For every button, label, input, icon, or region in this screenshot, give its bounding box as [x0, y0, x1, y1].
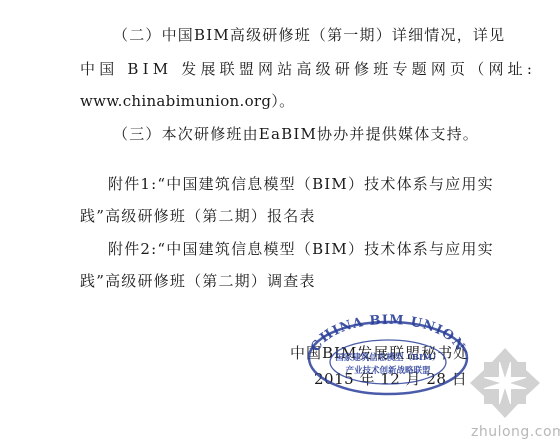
paragraph-2-line-3: www.chinabimunion.org）。: [80, 92, 294, 110]
attachment-1-line-1: 附件1:“中国建筑信息模型（BIM）技术体系与应用实: [108, 175, 494, 193]
paragraph-3: （三）本次研修班由EaBIM协办并提供媒体支持。: [113, 125, 479, 143]
svg-text:国家建筑信息模型（BIM）: 国家建筑信息模型（BIM）: [335, 352, 441, 363]
paragraph-2-line-2: 中国 BIM 发展联盟网站高级研修班专题网页（网址:: [80, 60, 536, 78]
svg-text:CHINA BIM UNION: CHINA BIM UNION: [308, 313, 468, 355]
paragraph-2-line-1: （二）中国BIM高级研修班（第一期）详细情况，详见: [113, 26, 505, 44]
svg-text:产业技术创新战略联盟: 产业技术创新战略联盟: [345, 365, 431, 376]
attachment-2-line-1: 附件2:“中国建筑信息模型（BIM）技术体系与应用实: [108, 240, 494, 258]
watermark-text: zhulong.com: [471, 424, 560, 440]
attachment-2-line-2: 践”高级研修班（第二期）调查表: [80, 272, 316, 290]
attachment-1-line-2: 践”高级研修班（第二期）报名表: [80, 207, 316, 225]
official-seal-icon: CHINA BIM UNION 国家建筑信息模型（BIM） 产业技术创新战略联盟: [307, 312, 469, 396]
zhulong-logo-icon: [470, 348, 540, 418]
